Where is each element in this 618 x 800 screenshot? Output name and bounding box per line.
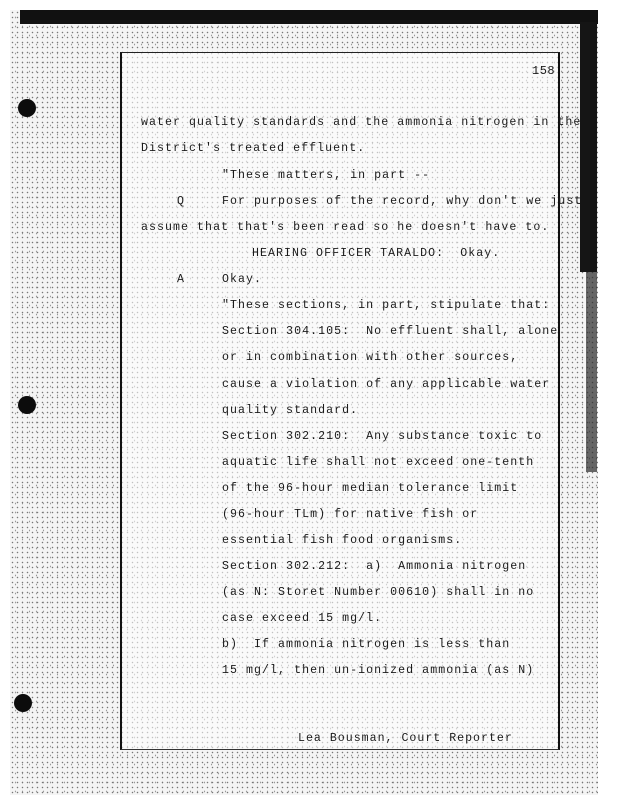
answer-marker: A [177,273,184,286]
transcript-line: quality standard. [222,404,358,418]
transcript-line: essential fish food organisms. [222,534,462,548]
transcript-line: For purposes of the record, why don't we… [222,195,582,209]
transcript-line: Section 304.105: No effluent shall, alon… [222,325,558,339]
scan-top-edge [20,10,598,24]
transcript-line: "These sections, in part, stipulate that… [222,299,550,313]
transcript-line: HEARING OFFICER TARALDO: Okay. [252,247,500,261]
transcript-line: water quality standards and the ammonia … [141,116,581,130]
transcript-line: case exceed 15 mg/l. [222,612,382,626]
transcript-line: cause a violation of any applicable wate… [222,378,550,392]
transcript-line: Section 302.210: Any substance toxic to [222,430,542,444]
transcript-line: "These matters, in part -- [222,169,430,183]
transcript-line: (96-hour TLm) for native fish or [222,508,478,522]
binder-hole-middle [18,396,36,414]
scan-right-edge-lower [586,272,597,472]
transcript-line: aquatic life shall not exceed one-tenth [222,456,534,470]
page-number: 158 [532,64,555,78]
transcript-line: District's treated effluent. [141,142,365,156]
question-marker: Q [177,195,184,208]
court-reporter-footer: Lea Bousman, Court Reporter [298,732,513,745]
binder-hole-top [18,99,36,117]
binder-hole-bottom [14,694,32,712]
transcript-line: of the 96-hour median tolerance limit [222,482,518,496]
transcript-line: or in combination with other sources, [222,351,518,365]
transcript-line: (as N: Storet Number 00610) shall in no [222,586,534,600]
transcript-line: assume that that's been read so he doesn… [141,221,549,235]
scan-right-edge [580,22,597,272]
transcript-line: 15 mg/l, then un-ionized ammonia (as N) [222,664,534,678]
transcript-line: b) If ammonia nitrogen is less than [222,638,510,652]
transcript-line: Section 302.212: a) Ammonia nitrogen [222,560,526,574]
transcript-line: Okay. [222,273,262,287]
